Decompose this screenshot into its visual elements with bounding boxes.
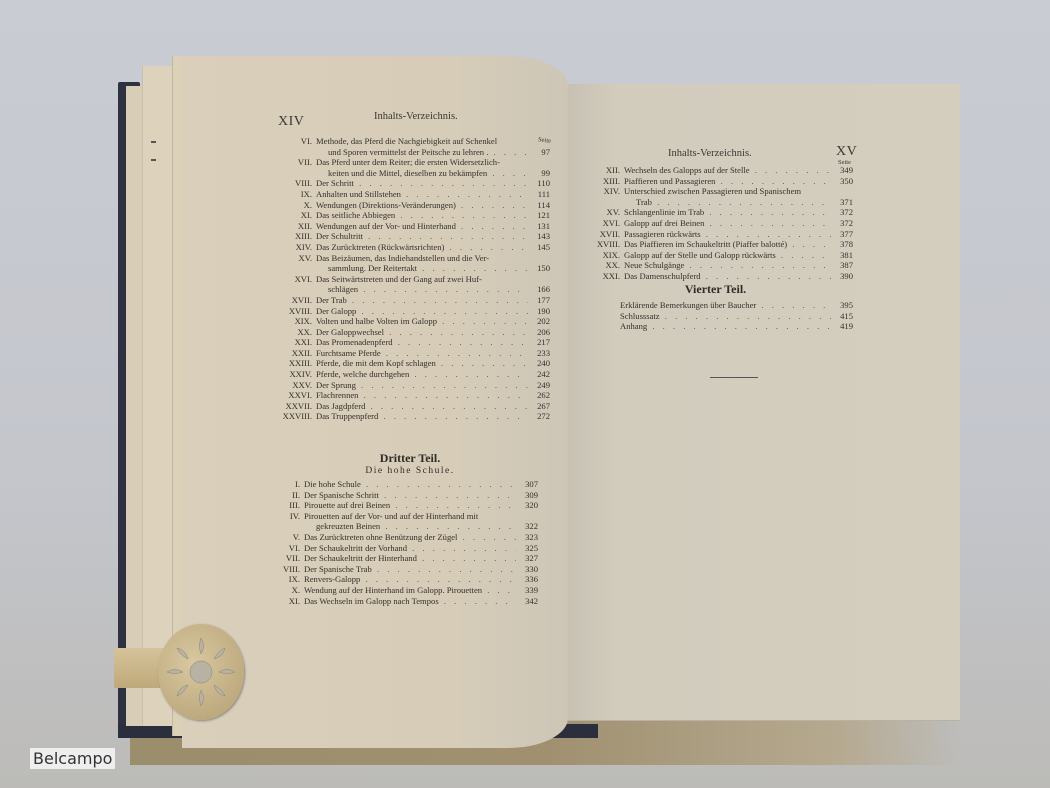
page-ref: 242: [528, 369, 550, 380]
toc-entry: Erklärende Bemerkungen über Baucher . . …: [616, 300, 853, 311]
chapter-title-text: Das Seitwärtstreten und der Gang auf zwe…: [316, 274, 482, 284]
chapter-title: Das Piaffieren im Schaukeltritt (Piaffer…: [624, 239, 831, 250]
toc-entry: XX.Der Galoppwechsel . . . . . . . . . .…: [270, 327, 550, 338]
toc-entry: XXIV.Pferde, welche durchgehen . . . . .…: [270, 369, 550, 380]
chapter-title: und Sporen vermittelst der Peitsche zu l…: [316, 147, 528, 158]
page-ref: 327: [516, 553, 538, 564]
chapter-title-text: Trab: [624, 197, 652, 207]
chapter-title-text: Furchtsame Pferde: [316, 348, 381, 358]
chapter-number: XII.: [270, 221, 316, 232]
toc-entry: VI.Der Schaukeltritt der Vorhand . . . .…: [282, 543, 538, 554]
chapter-title-text: Erklärende Bemerkungen über Baucher: [620, 300, 756, 310]
page-ref: 330: [516, 564, 538, 575]
toc-entry: XXI.Das Promenadenpferd . . . . . . . . …: [270, 337, 550, 348]
chapter-title-text: Anhalten und Stillstehen: [316, 189, 401, 199]
chapter-number: XIV.: [270, 242, 316, 253]
chapter-title: Pferde, die mit dem Kopf schlagen . . . …: [316, 358, 528, 369]
chapter-number: XXIV.: [270, 369, 316, 380]
chapter-title-text: Passagieren rückwärts: [624, 229, 701, 239]
page-ref: 372: [831, 207, 853, 218]
chapter-title-text: Piaffieren und Passagieren: [624, 176, 715, 186]
chapter-number: XX.: [580, 260, 624, 271]
page-ref: 377: [831, 229, 853, 240]
chapter-number: VII.: [282, 553, 304, 564]
chapter-title-text: Methode, das Pferd die Nachgiebigkeit au…: [316, 136, 497, 146]
chapter-title: Das Wechseln im Galopp nach Tempos . . .…: [304, 596, 516, 607]
chapter-number: V.: [282, 532, 304, 543]
page-ref: 206: [528, 327, 550, 338]
page-ref: 166: [528, 284, 550, 295]
chapter-number: XXVII.: [270, 401, 316, 412]
toc-entry: XXIII.Pferde, die mit dem Kopf schlagen …: [270, 358, 550, 369]
running-title: Inhalts-Verzeichnis.: [374, 111, 458, 122]
chapter-title-text: Das Truppenpferd: [316, 411, 378, 421]
chapter-title: Die hohe Schule . . . . . . . . . . . . …: [304, 479, 516, 490]
page-ref: 110: [528, 178, 550, 189]
chapter-number: VI.: [270, 136, 316, 147]
chapter-number: VII.: [270, 157, 316, 168]
toc-entry: XIX.Volten und halbe Volten im Galopp . …: [270, 316, 550, 327]
chapter-title: Pferde, welche durchgehen . . . . . . . …: [316, 369, 528, 380]
chapter-title-text: Der Schritt: [316, 178, 354, 188]
toc-entry: XVII.Passagieren rückwärts . . . . . . .…: [580, 229, 853, 240]
chapter-title-text: Das Zurücktreten (Rückwärtsrichten): [316, 242, 444, 252]
page-ref: 143: [528, 231, 550, 242]
chapter-title: Wechseln des Galopps auf der Stelle . . …: [624, 165, 831, 176]
toc-entry: Anhang . . . . . . . . . . . . . . . . .…: [616, 321, 853, 332]
page-ref: 325: [516, 543, 538, 554]
chapter-title: Flachrennen . . . . . . . . . . . . . . …: [316, 390, 528, 401]
chapter-number: IV.: [282, 511, 304, 522]
toc-entry: X.Wendung auf der Hinterhand im Galopp. …: [282, 585, 538, 596]
page-ref: 99: [528, 168, 550, 179]
chapter-number: XXIII.: [270, 358, 316, 369]
toc-entry: II.Der Spanische Schritt . . . . . . . .…: [282, 490, 538, 501]
toc-entry: XX.Neue Schulgänge . . . . . . . . . . .…: [580, 260, 853, 271]
page-ref: 121: [528, 210, 550, 221]
chapter-title-text: keiten und die Mittel, dieselben zu bekä…: [316, 168, 487, 178]
chapter-number: VI.: [282, 543, 304, 554]
pencil-marks: [151, 130, 165, 133]
chapter-title-text: Das Jagdpferd: [316, 401, 365, 411]
toc-entry: XXVI.Flachrennen . . . . . . . . . . . .…: [270, 390, 550, 401]
chapter-title-text: Renvers-Galopp: [304, 574, 360, 584]
closing-rule: [710, 377, 758, 378]
toc-entry: IX.Renvers-Galopp . . . . . . . . . . . …: [282, 574, 538, 585]
chapter-title: Das Seitwärtstreten und der Gang auf zwe…: [316, 274, 528, 285]
section-heading: Dritter Teil.: [270, 451, 550, 466]
chapter-number: IX.: [270, 189, 316, 200]
chapter-number: IX.: [282, 574, 304, 585]
chapter-title: Der Sprung . . . . . . . . . . . . . . .…: [316, 380, 528, 391]
toc-entry: VI.Methode, das Pferd die Nachgiebigkeit…: [270, 136, 550, 147]
page-ref: 339: [516, 585, 538, 596]
chapter-title-text: Schlusssatz: [620, 311, 660, 321]
toc-list: I.Die hohe Schule . . . . . . . . . . . …: [282, 479, 538, 606]
chapter-title-text: Pferde, welche durchgehen: [316, 369, 409, 379]
page-ref: 395: [831, 300, 853, 311]
page-ref: 145: [528, 242, 550, 253]
chapter-title-text: sammlung. Der Reitertakt: [316, 263, 417, 273]
chapter-title-text: Wendungen (Direktions-Veränderungen): [316, 200, 456, 210]
chapter-title: Anhang . . . . . . . . . . . . . . . . .…: [620, 321, 831, 332]
chapter-title: Neue Schulgänge . . . . . . . . . . . . …: [624, 260, 831, 271]
page-ref: 307: [516, 479, 538, 490]
chapter-number: XVIII.: [270, 306, 316, 317]
chapter-number: III.: [282, 500, 304, 511]
chapter-title: Passagieren rückwärts . . . . . . . . . …: [624, 229, 831, 240]
chapter-title-text: Anhang: [620, 321, 647, 331]
chapter-title-text: Das Damenschulpferd: [624, 271, 701, 281]
chapter-title: Anhalten und Stillstehen . . . . . . . .…: [316, 189, 528, 200]
toc-entry: XXVII.Das Jagdpferd . . . . . . . . . . …: [270, 401, 550, 412]
chapter-title: Das Jagdpferd . . . . . . . . . . . . . …: [316, 401, 528, 412]
page-ref: 272: [528, 411, 550, 422]
toc-entry: gekreuzten Beinen . . . . . . . . . . . …: [282, 521, 538, 532]
chapter-title: Der Spanische Schritt . . . . . . . . . …: [304, 490, 516, 501]
chapter-number: XVII.: [270, 295, 316, 306]
page-ref: 349: [831, 165, 853, 176]
chapter-number: X.: [282, 585, 304, 596]
chapter-title-text: Pirouette auf drei Beinen: [304, 500, 390, 510]
chapter-number: XIII.: [580, 176, 624, 187]
page-ref: 322: [516, 521, 538, 532]
toc-entry: XXII.Furchtsame Pferde . . . . . . . . .…: [270, 348, 550, 359]
toc-entry: I.Die hohe Schule . . . . . . . . . . . …: [282, 479, 538, 490]
chapter-title: Piaffieren und Passagieren . . . . . . .…: [624, 176, 831, 187]
chapter-title: Der Schultritt . . . . . . . . . . . . .…: [316, 231, 528, 242]
chapter-title: schlägen . . . . . . . . . . . . . . . .…: [316, 284, 528, 295]
chapter-number: VIII.: [270, 178, 316, 189]
page-number: XIV: [278, 114, 304, 130]
page-ref: 217: [528, 337, 550, 348]
toc-entry: XI.Das Wechseln im Galopp nach Tempos . …: [282, 596, 538, 607]
chapter-title: Der Schaukeltritt der Vorhand . . . . . …: [304, 543, 516, 554]
chapter-number: I.: [282, 479, 304, 490]
chapter-number: VIII.: [282, 564, 304, 575]
chapter-title-text: Volten und halbe Volten im Galopp: [316, 316, 437, 326]
chapter-title-text: Der Schaukeltritt der Vorhand: [304, 543, 407, 553]
chapter-title: Pirouetten auf der Vor- und auf der Hint…: [304, 511, 516, 522]
chapter-title-text: Galopp auf der Stelle und Galopp rückwär…: [624, 250, 776, 260]
toc-entry: XXV.Der Sprung . . . . . . . . . . . . .…: [270, 380, 550, 391]
chapter-title: Der Trab . . . . . . . . . . . . . . . .…: [316, 295, 528, 306]
page-ref: 111: [528, 189, 550, 200]
page-ref: 371: [831, 197, 853, 208]
toc-entry: keiten und die Mittel, dieselben zu bekä…: [270, 168, 550, 179]
toc-entry: VIII.Der Spanische Trab . . . . . . . . …: [282, 564, 538, 575]
chapter-title-text: Wendungen auf der Vor- und Hinterhand: [316, 221, 456, 231]
chapter-title-text: Der Spanische Schritt: [304, 490, 379, 500]
page-ref: 320: [516, 500, 538, 511]
chapter-title: Das Beizäumen, das Indiehandstellen und …: [316, 253, 528, 264]
toc-entry: XVI.Galopp auf drei Beinen . . . . . . .…: [580, 218, 853, 229]
chapter-title: Erklärende Bemerkungen über Baucher . . …: [620, 300, 831, 311]
page-ref: 97: [528, 147, 550, 158]
toc-entry: XVIII.Das Piaffieren im Schaukeltritt (P…: [580, 239, 853, 250]
toc-entry: III.Pirouette auf drei Beinen . . . . . …: [282, 500, 538, 511]
chapter-number: XXI.: [580, 271, 624, 282]
chapter-title-text: Unterschied zwischen Passagieren und Spa…: [624, 186, 801, 196]
page-ref: 249: [528, 380, 550, 391]
chapter-title: Trab . . . . . . . . . . . . . . . . . .…: [624, 197, 831, 208]
chapter-title-text: Der Schultritt: [316, 231, 363, 241]
page-ref: 262: [528, 390, 550, 401]
chapter-title: Das Promenadenpferd . . . . . . . . . . …: [316, 337, 528, 348]
chapter-title: Volten und halbe Volten im Galopp . . . …: [316, 316, 528, 327]
toc-entry: Schlusssatz . . . . . . . . . . . . . . …: [616, 311, 853, 322]
toc-entry: Trab . . . . . . . . . . . . . . . . . .…: [580, 197, 853, 208]
chapter-number: X.: [270, 200, 316, 211]
page-ref: 390: [831, 271, 853, 282]
chapter-title: Wendungen (Direktions-Veränderungen) . .…: [316, 200, 528, 211]
page-ref: 177: [528, 295, 550, 306]
chapter-title: Methode, das Pferd die Nachgiebigkeit au…: [316, 136, 528, 147]
chapter-title-text: Flachrennen: [316, 390, 358, 400]
chapter-title-text: Der Galopp: [316, 306, 356, 316]
right-page: Inhalts-Verzeichnis. XV Seite XII.Wechse…: [568, 84, 960, 720]
chapter-title-text: Neue Schulgänge: [624, 260, 684, 270]
chapter-number: XX.: [270, 327, 316, 338]
page-ref: 336: [516, 574, 538, 585]
chapter-title: sammlung. Der Reitertakt . . . . . . . .…: [316, 263, 528, 274]
chapter-title-text: Der Sprung: [316, 380, 356, 390]
sun-bookmark-icon: [158, 624, 244, 720]
page-ref: 381: [831, 250, 853, 261]
chapter-title: Wendungen auf der Vor- und Hinterhand . …: [316, 221, 528, 232]
chapter-number: XV.: [580, 207, 624, 218]
page-ref: 233: [528, 348, 550, 359]
chapter-number: II.: [282, 490, 304, 501]
toc-entry: XV.Schlangenlinie im Trab . . . . . . . …: [580, 207, 853, 218]
toc-entry: XVII.Der Trab . . . . . . . . . . . . . …: [270, 295, 550, 306]
chapter-title-text: Der Galoppwechsel: [316, 327, 384, 337]
toc-entry: V.Das Zurücktreten ohne Benützung der Zü…: [282, 532, 538, 543]
chapter-title-text: Das Beizäumen, das Indiehandstellen und …: [316, 253, 489, 263]
chapter-title-text: Das Zurücktreten ohne Benützung der Züge…: [304, 532, 457, 542]
chapter-title-text: schlägen: [316, 284, 358, 294]
page-ref: 131: [528, 221, 550, 232]
chapter-title-text: Die hohe Schule: [304, 479, 361, 489]
page-ref: 202: [528, 316, 550, 327]
chapter-title-text: und Sporen vermittelst der Peitsche zu l…: [316, 147, 488, 157]
chapter-title: Das Pferd unter dem Reiter; die ersten W…: [316, 157, 528, 168]
chapter-number: XV.: [270, 253, 316, 264]
chapter-title-text: Der Trab: [316, 295, 347, 305]
chapter-title-text: Das Pferd unter dem Reiter; die ersten W…: [316, 157, 500, 167]
chapter-number: XI.: [270, 210, 316, 221]
page-number: XV: [836, 144, 857, 160]
toc-entry: XIII.Der Schultritt . . . . . . . . . . …: [270, 231, 550, 242]
chapter-title-text: Der Schaukeltritt der Hinterhand: [304, 553, 417, 563]
running-title: Inhalts-Verzeichnis.: [668, 148, 752, 159]
toc-entry: XVI.Das Seitwärtstreten und der Gang auf…: [270, 274, 550, 285]
chapter-title-text: Schlangenlinie im Trab: [624, 207, 704, 217]
page-ref: 309: [516, 490, 538, 501]
chapter-title-text: Der Spanische Trab: [304, 564, 372, 574]
chapter-number: XXV.: [270, 380, 316, 391]
chapter-title-text: Das seitliche Abbiegen: [316, 210, 395, 220]
chapter-number: XII.: [580, 165, 624, 176]
chapter-title-text: Das Wechseln im Galopp nach Tempos: [304, 596, 439, 606]
chapter-number: XXVIII.: [270, 411, 316, 422]
toc-list: Erklärende Bemerkungen über Baucher . . …: [616, 300, 853, 332]
toc-entry: XVIII.Der Galopp . . . . . . . . . . . .…: [270, 306, 550, 317]
chapter-title-text: Das Promenadenpferd: [316, 337, 393, 347]
chapter-title-text: Wechseln des Galopps auf der Stelle: [624, 165, 750, 175]
section-heading: Vierter Teil.: [578, 282, 853, 297]
chapter-title: Das Damenschulpferd . . . . . . . . . . …: [624, 271, 831, 282]
chapter-title: keiten und die Mittel, dieselben zu bekä…: [316, 168, 528, 179]
chapter-title-text: Pirouetten auf der Vor- und auf der Hint…: [304, 511, 478, 521]
toc-entry: und Sporen vermittelst der Peitsche zu l…: [270, 147, 550, 158]
toc-entry: XIV.Das Zurücktreten (Rückwärtsrichten) …: [270, 242, 550, 253]
page-ref: 372: [831, 218, 853, 229]
toc-entry: VII.Das Pferd unter dem Reiter; die erst…: [270, 157, 550, 168]
toc-entry: VII.Der Schaukeltritt der Hinterhand . .…: [282, 553, 538, 564]
chapter-title: Der Spanische Trab . . . . . . . . . . .…: [304, 564, 516, 575]
toc-entry: IX.Anhalten und Stillstehen . . . . . . …: [270, 189, 550, 200]
page-ref: 350: [831, 176, 853, 187]
chapter-number: XIX.: [270, 316, 316, 327]
chapter-title: Der Schaukeltritt der Hinterhand . . . .…: [304, 553, 516, 564]
chapter-title: Das Zurücktreten (Rückwärtsrichten) . . …: [316, 242, 528, 253]
chapter-title: Galopp auf der Stelle und Galopp rückwär…: [624, 250, 831, 261]
chapter-title-text: gekreuzten Beinen: [304, 521, 380, 531]
chapter-title: Der Galoppwechsel . . . . . . . . . . . …: [316, 327, 528, 338]
chapter-title-text: Wendung auf der Hinterhand im Galopp. Pi…: [304, 585, 482, 595]
page-ref: 342: [516, 596, 538, 607]
chapter-title: Schlangenlinie im Trab . . . . . . . . .…: [624, 207, 831, 218]
chapter-title: Der Galopp . . . . . . . . . . . . . . .…: [316, 306, 528, 317]
chapter-title: Wendung auf der Hinterhand im Galopp. Pi…: [304, 585, 516, 596]
chapter-number: XIV.: [580, 186, 624, 197]
chapter-number: XVII.: [580, 229, 624, 240]
chapter-title: Schlusssatz . . . . . . . . . . . . . . …: [620, 311, 831, 322]
toc-entry: sammlung. Der Reitertakt . . . . . . . .…: [270, 263, 550, 274]
toc-entry: schlägen . . . . . . . . . . . . . . . .…: [270, 284, 550, 295]
toc-entry: XIV.Unterschied zwischen Passagieren und…: [580, 186, 853, 197]
section-subheading: Die hohe Schule.: [270, 466, 550, 476]
toc-entry: XII.Wendungen auf der Vor- und Hinterhan…: [270, 221, 550, 232]
chapter-title-text: Pferde, die mit dem Kopf schlagen: [316, 358, 436, 368]
page-ref: 387: [831, 260, 853, 271]
toc-entry: XXVIII.Das Truppenpferd . . . . . . . . …: [270, 411, 550, 422]
page-ref: 419: [831, 321, 853, 332]
chapter-number: XVI.: [270, 274, 316, 285]
chapter-title: Furchtsame Pferde . . . . . . . . . . . …: [316, 348, 528, 359]
chapter-number: XXVI.: [270, 390, 316, 401]
toc-entry: VIII.Der Schritt . . . . . . . . . . . .…: [270, 178, 550, 189]
page-ref: 240: [528, 358, 550, 369]
page-ref: 190: [528, 306, 550, 317]
page-ref: 323: [516, 532, 538, 543]
toc-entry: IV.Pirouetten auf der Vor- und auf der H…: [282, 511, 538, 522]
chapter-title-text: Das Piaffieren im Schaukeltritt (Piaffer…: [624, 239, 787, 249]
page-ref: 415: [831, 311, 853, 322]
chapter-title: Der Schritt . . . . . . . . . . . . . . …: [316, 178, 528, 189]
toc-entry: XV.Das Beizäumen, das Indiehandstellen u…: [270, 253, 550, 264]
chapter-title-text: Galopp auf drei Beinen: [624, 218, 704, 228]
chapter-title: Pirouette auf drei Beinen . . . . . . . …: [304, 500, 516, 511]
chapter-title: Renvers-Galopp . . . . . . . . . . . . .…: [304, 574, 516, 585]
toc-entry: XIX.Galopp auf der Stelle und Galopp rüc…: [580, 250, 853, 261]
chapter-title: Galopp auf drei Beinen . . . . . . . . .…: [624, 218, 831, 229]
chapter-number: XXI.: [270, 337, 316, 348]
chapter-title: Das seitliche Abbiegen . . . . . . . . .…: [316, 210, 528, 221]
chapter-number: XVIII.: [580, 239, 624, 250]
toc-entry: XII.Wechseln des Galopps auf der Stelle …: [580, 165, 853, 176]
page-ref: 150: [528, 263, 550, 274]
toc-entry: XIII.Piaffieren und Passagieren . . . . …: [580, 176, 853, 187]
toc-list: VI.Methode, das Pferd die Nachgiebigkeit…: [270, 136, 550, 422]
toc-list: XII.Wechseln des Galopps auf der Stelle …: [580, 165, 853, 282]
chapter-number: XIX.: [580, 250, 624, 261]
page-ref: 378: [831, 239, 853, 250]
chapter-title: Unterschied zwischen Passagieren und Spa…: [624, 186, 831, 197]
chapter-number: XVI.: [580, 218, 624, 229]
toc-entry: XI.Das seitliche Abbiegen . . . . . . . …: [270, 210, 550, 221]
chapter-title: Das Zurücktreten ohne Benützung der Züge…: [304, 532, 516, 543]
chapter-number: XIII.: [270, 231, 316, 242]
toc-entry: X.Wendungen (Direktions-Veränderungen) .…: [270, 200, 550, 211]
chapter-number: XI.: [282, 596, 304, 607]
page-ref: 114: [528, 200, 550, 211]
watermark-label: Belcampo: [30, 748, 115, 769]
chapter-title: Das Truppenpferd . . . . . . . . . . . .…: [316, 411, 528, 422]
page-ref: 267: [528, 401, 550, 412]
chapter-title: gekreuzten Beinen . . . . . . . . . . . …: [304, 521, 516, 532]
toc-entry: XXI.Das Damenschulpferd . . . . . . . . …: [580, 271, 853, 282]
chapter-number: XXII.: [270, 348, 316, 359]
